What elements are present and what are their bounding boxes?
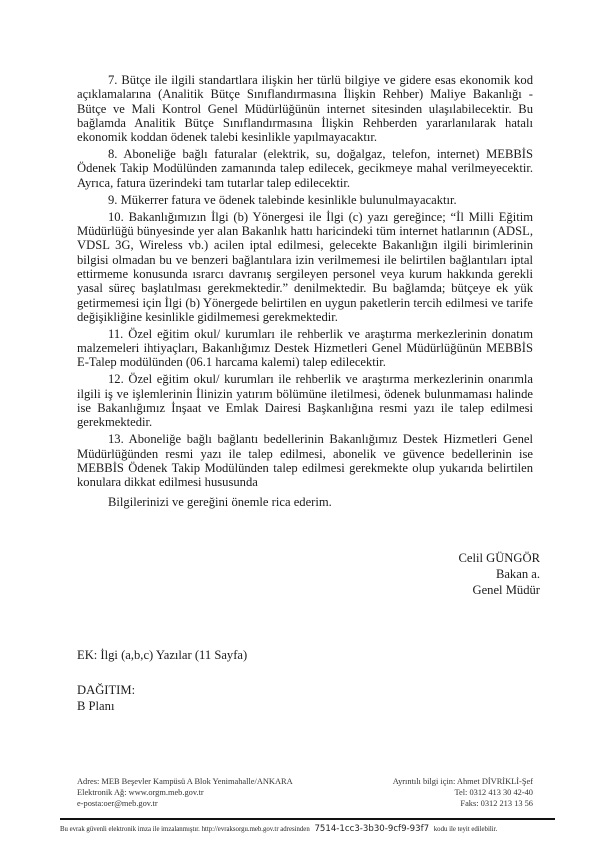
- footer-divider: [60, 818, 555, 820]
- footer-address-block: Adres: MEB Beşevler Kampüsü A Blok Yenim…: [77, 776, 293, 809]
- footer-contact: Ayrıntılı bilgi için: Ahmet DİVRİKLİ-Şef: [393, 776, 533, 787]
- signatory-capacity: Bakan a.: [440, 566, 540, 582]
- paragraph-12: 12. Özel eğitim okul/ kurumları ile rehb…: [77, 372, 533, 429]
- footer-email: e-posta:oer@meb.gov.tr: [77, 798, 293, 809]
- paragraph-9: 9. Mükerrer fatura ve ödenek talebinde k…: [77, 193, 533, 207]
- footer-website: Elektronik Ağ: www.orgm.meb.gov.tr: [77, 787, 293, 798]
- footer-contact-block: Ayrıntılı bilgi için: Ahmet DİVRİKLİ-Şef…: [393, 776, 533, 809]
- footer-address: Adres: MEB Beşevler Kampüsü A Blok Yenim…: [77, 776, 293, 787]
- signatory-name: Celil GÜNGÖR: [440, 550, 540, 566]
- signatory-title: Genel Müdür: [440, 582, 540, 598]
- paragraph-10: 10. Bakanlığımızın İlgi (b) Yönergesi il…: [77, 210, 533, 324]
- verification-line: Bu evrak güvenli elektronik imza ile imz…: [60, 824, 555, 835]
- paragraph-13: 13. Aboneliğe bağlı bağlantı bedellerini…: [77, 432, 533, 489]
- verification-code: 7514-1cc3-3b30-9cf9-93f7: [314, 824, 429, 834]
- closing-sentence: Bilgilerinizi ve gereğini önemle rica ed…: [77, 495, 533, 509]
- distribution-heading: DAĞITIM:: [77, 682, 135, 698]
- paragraph-7: 7. Bütçe ile ilgili standartlara ilişkin…: [77, 73, 533, 144]
- verification-suffix: kodu ile teyit edilebilir.: [434, 826, 497, 833]
- verification-prefix: Bu evrak güvenli elektronik imza ile imz…: [60, 826, 310, 833]
- letter-body: 7. Bütçe ile ilgili standartlara ilişkin…: [77, 73, 533, 512]
- paragraph-11: 11. Özel eğitim okul/ kurumları ile rehb…: [77, 327, 533, 370]
- footer-phone: Tel: 0312 413 30 42-40: [393, 787, 533, 798]
- distribution-item: B Planı: [77, 698, 135, 714]
- footer-fax: Faks: 0312 213 13 56: [393, 798, 533, 809]
- distribution-list: DAĞITIM: B Planı: [77, 682, 135, 714]
- signature-block: Celil GÜNGÖR Bakan a. Genel Müdür: [440, 550, 540, 598]
- attachment-note: EK: İlgi (a,b,c) Yazılar (11 Sayfa): [77, 648, 247, 663]
- paragraph-8: 8. Aboneliğe bağlı faturalar (elektrik, …: [77, 147, 533, 190]
